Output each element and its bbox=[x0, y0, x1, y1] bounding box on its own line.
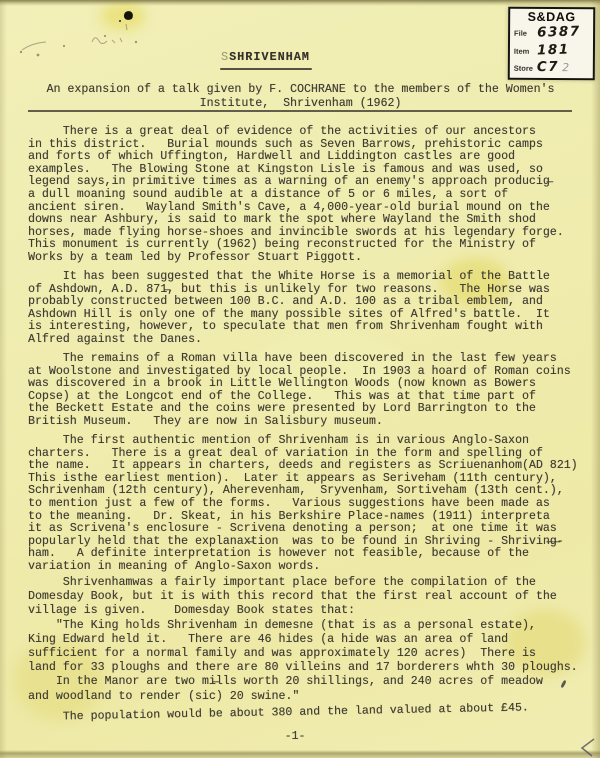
scanned-document-page: S&DAG File 6387 Item 181 Store C7 2 SSHR… bbox=[0, 0, 600, 758]
text-line: sufficient for a normal family and was a… bbox=[28, 647, 578, 661]
page-number: -1- bbox=[28, 730, 562, 743]
scan-edge-bottom bbox=[0, 750, 600, 758]
text-line: probably constructed between 100 B.C. an… bbox=[28, 296, 550, 309]
stamp-file-row: File 6387 bbox=[510, 24, 593, 42]
scan-edge-top bbox=[0, 0, 600, 6]
stamp-org-name: S&DAG bbox=[510, 10, 593, 25]
text-line: Works by a team led by Professor Stuart … bbox=[28, 252, 564, 265]
text-line: British Museum. They are now in Salisbur… bbox=[28, 416, 571, 429]
text-line: The first authentic mention of Shrivenha… bbox=[28, 435, 578, 448]
text-line: The population would be about 380 and th… bbox=[28, 702, 529, 724]
paragraph-roman-villa: The remains of a Roman villa have been d… bbox=[28, 353, 571, 429]
text-line: There is a great deal of evidence of the… bbox=[28, 126, 564, 139]
text-line: It has been suggested that the White Hor… bbox=[28, 271, 550, 284]
text-line: was discovered in a brook in Little Well… bbox=[28, 378, 571, 391]
stamp-store-value: C7 bbox=[537, 59, 560, 76]
text-line: land for 33 ploughs and there are 80 vil… bbox=[28, 661, 578, 675]
paragraph-name-origins: The first authentic mention of Shrivenha… bbox=[28, 435, 578, 574]
title-text: SHRIVENHAM bbox=[229, 50, 310, 64]
text-line: it as Scrivena's enclosure - Scrivena de… bbox=[28, 523, 578, 536]
paragraph-domesday: Shrivenhamwas a fairly important place b… bbox=[28, 576, 578, 704]
subtitle-line: Institute, Shrivenham (1962) bbox=[28, 97, 573, 111]
subtitle: An expansion of a talk given by F. COCHR… bbox=[28, 83, 573, 110]
text-line: Domesday Book, but it is with this recor… bbox=[28, 590, 578, 604]
text-line: the name. It appears in charters, deeds … bbox=[28, 460, 578, 473]
stamp-store-label: Store bbox=[514, 64, 537, 73]
text-line: to mention just a few of the forms. Vari… bbox=[28, 498, 578, 511]
pencil-scribble-marks bbox=[8, 16, 158, 61]
paragraph-population: The population would be about 380 and th… bbox=[28, 702, 529, 724]
subtitle-underline bbox=[28, 110, 572, 112]
text-line: In the Manor are two mi̶lls worth 20 shi… bbox=[28, 675, 578, 689]
title-underline bbox=[220, 68, 312, 70]
text-line: downs near Ashbury, is said to mark the … bbox=[28, 214, 564, 227]
stamp-store-suffix: 2 bbox=[562, 61, 569, 74]
text-line: Shrivenhamwas a fairly important place b… bbox=[28, 576, 578, 590]
ink-blot-dot bbox=[119, 20, 121, 22]
paragraph-white-horse: It has been suggested that the White Hor… bbox=[28, 271, 550, 347]
stamp-store-row: Store C7 2 bbox=[510, 59, 593, 77]
text-line: and forts of which Uffington, Hardwell a… bbox=[28, 151, 564, 164]
text-line: a dull moaning sound audible at a distan… bbox=[28, 189, 564, 202]
text-line: Alfred against the Danes. bbox=[28, 334, 550, 347]
pen-corner-mark bbox=[578, 738, 598, 758]
scan-edge-left bbox=[0, 0, 7, 758]
text-line: The remains of a Roman villa have been d… bbox=[28, 353, 571, 366]
text-line: village is given. Domesday Book states t… bbox=[28, 604, 578, 618]
archive-stamp: S&DAG File 6387 Item 181 Store C7 2 bbox=[508, 7, 596, 81]
subtitle-line: An expansion of a talk given by F. COCHR… bbox=[28, 83, 573, 97]
paragraph-ancestors: There is a great deal of evidence of the… bbox=[28, 126, 564, 265]
title-typo-ghost-s: S bbox=[221, 50, 229, 64]
scan-edge-right bbox=[591, 0, 600, 758]
stamp-item-row: Item 181 bbox=[510, 41, 593, 59]
text-line: "The King holds Shrivenham in demesne (t… bbox=[28, 619, 578, 633]
text-line: variation in meaning of Anglo-Saxon word… bbox=[28, 561, 578, 574]
stamp-item-label: Item bbox=[514, 46, 537, 55]
text-line: King Edward held it. There are 46 hides … bbox=[28, 633, 578, 647]
page-title: SSHRIVENHAM bbox=[221, 50, 310, 64]
stamp-file-label: File bbox=[514, 29, 537, 38]
stamp-file-value: 6387 bbox=[537, 23, 581, 40]
stamp-item-value: 181 bbox=[537, 41, 570, 58]
